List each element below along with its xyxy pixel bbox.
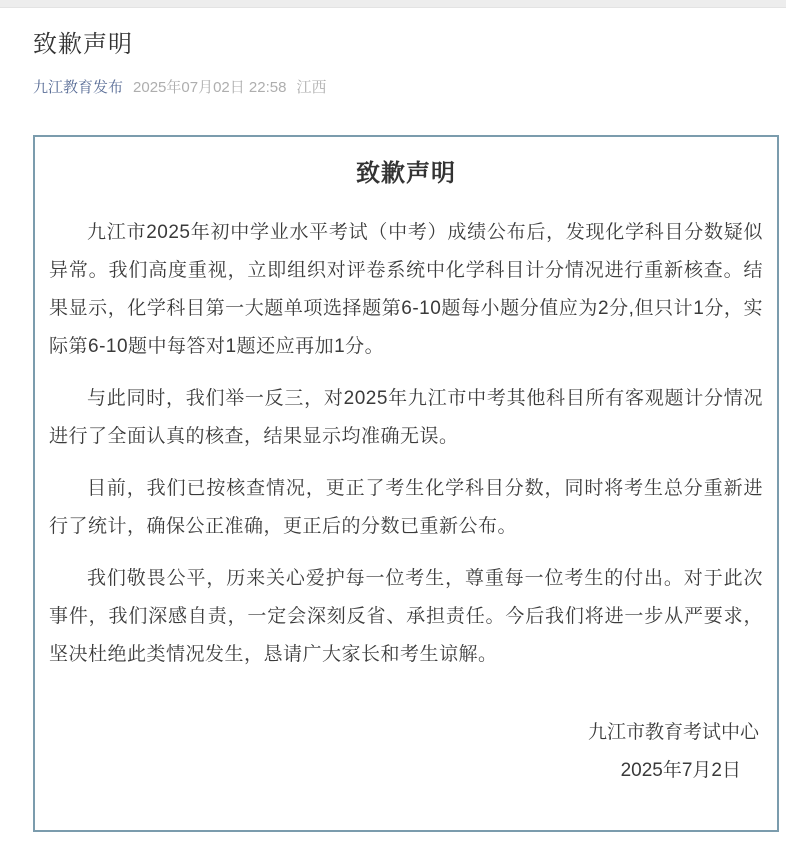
account-name-link[interactable]: 九江教育发布 bbox=[33, 77, 123, 98]
page-title: 致歉声明 bbox=[33, 28, 753, 62]
publish-location: 江西 bbox=[296, 77, 326, 98]
signature-date: 2025年7月2日 bbox=[49, 752, 763, 790]
notice-body: 九江市2025年初中学业水平考试（中考）成绩公布后，发现化学科目分数疑似异常。我… bbox=[49, 214, 763, 674]
publish-datetime: 2025年07月02日 22:58 bbox=[133, 77, 286, 98]
notice-box: 致歉声明 九江市2025年初中学业水平考试（中考）成绩公布后，发现化学科目分数疑… bbox=[33, 135, 779, 832]
signature-org: 九江市教育考试中心 bbox=[49, 714, 763, 752]
page-top-strip bbox=[0, 0, 786, 8]
notice-paragraph: 与此同时，我们举一反三，对2025年九江市中考其他科目所有客观题计分情况进行了全… bbox=[49, 380, 763, 456]
byline: 九江教育发布 2025年07月02日 22:58 江西 bbox=[33, 77, 753, 98]
notice-paragraph: 九江市2025年初中学业水平考试（中考）成绩公布后，发现化学科目分数疑似异常。我… bbox=[49, 214, 763, 366]
notice-paragraph: 目前，我们已按核查情况，更正了考生化学科目分数，同时将考生总分重新进行了统计，确… bbox=[49, 470, 763, 546]
notice-title: 致歉声明 bbox=[49, 153, 763, 188]
signature-block: 九江市教育考试中心 2025年7月2日 bbox=[49, 714, 763, 790]
notice-paragraph: 我们敬畏公平，历来关心爱护每一位考生，尊重每一位考生的付出。对于此次事件，我们深… bbox=[49, 560, 763, 674]
article-header: 致歉声明 九江教育发布 2025年07月02日 22:58 江西 bbox=[0, 8, 786, 98]
